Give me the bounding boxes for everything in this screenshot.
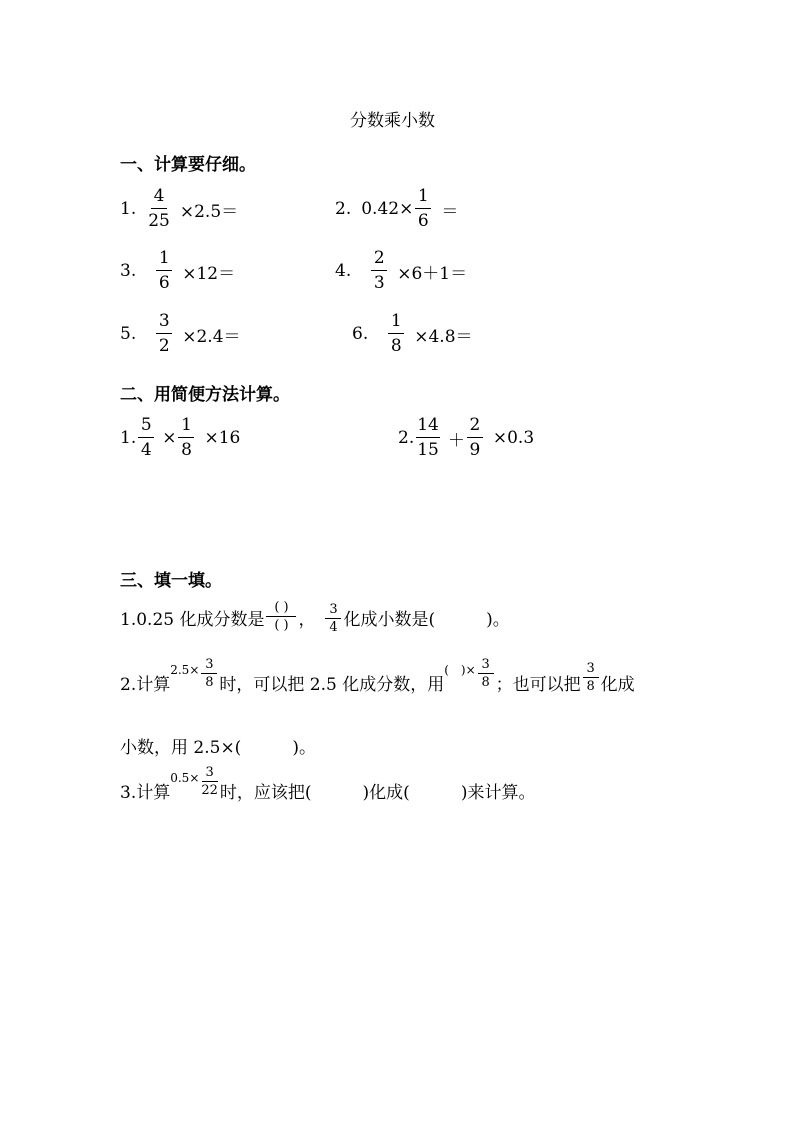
inline-expression: 0.5× 322 (170, 766, 220, 797)
section-3-heading: 三、填一填。 (120, 566, 222, 591)
fill-item-3: 3.计算 0.5× 322 时，应该把( )化成( )来计算。 (120, 776, 535, 807)
blank-fraction: ( )( ) (266, 601, 296, 632)
fraction: 38 (583, 662, 599, 693)
fraction: 16 (156, 250, 172, 292)
inline-expression: ( )× 38 (444, 658, 495, 689)
fraction: 38 (478, 658, 494, 689)
fill-text: 时，应该把( )化成( )来计算。 (220, 778, 536, 807)
fraction: 54 (138, 417, 154, 459)
expression-rest: ×2.5＝ (180, 197, 238, 222)
problem-1-1: 1. 425 ×2.5＝ (120, 188, 238, 230)
expression-rest: ×0.3 (493, 428, 534, 448)
problem-label: 3. (120, 261, 136, 281)
problem-label: 4. (335, 261, 351, 281)
fraction: 32 (156, 313, 172, 355)
fraction: 23 (371, 250, 387, 292)
fraction: 322 (201, 766, 218, 797)
expression-rest: ×16 (204, 428, 240, 448)
fill-text: 化成小数是( )。 (343, 605, 509, 634)
section-1-heading: 一、计算要仔细。 (120, 150, 256, 175)
problem-2-2: 2. 1415 ＋ 29 ×0.3 (398, 417, 534, 459)
problem-label: 2. (335, 199, 351, 219)
operator: ＋ (448, 426, 465, 451)
fill-item-2-line-2: 小数，用 2.5×( )。 (120, 733, 316, 758)
problem-label: 1. (120, 428, 136, 448)
problem-label: 1. (120, 199, 136, 219)
inline-expression: 2.5× 38 (170, 658, 219, 689)
fill-text: 2.计算 (120, 670, 170, 699)
expression-rest: ＝ (441, 197, 458, 222)
fraction: 425 (148, 188, 170, 230)
fill-text: 3.计算 (120, 778, 170, 807)
problem-1-2: 2. 0.42× 16 ＝ (335, 188, 458, 230)
page-title: 分数乘小数 (350, 106, 435, 131)
section-2-heading: 二、用简便方法计算。 (120, 380, 290, 405)
fraction: 18 (388, 313, 404, 355)
fraction: 34 (325, 603, 341, 634)
fill-item-2: 2.计算 2.5× 38 时，可以把 2.5 化成分数，用 ( )× 38 ；也… (120, 668, 635, 699)
fill-text: 化成 (601, 670, 635, 699)
fraction: 16 (415, 188, 431, 230)
fraction: 29 (467, 417, 483, 459)
problem-1-3: 3. 16 ×12＝ (120, 250, 235, 292)
problem-1-5: 5. 32 ×2.4＝ (120, 313, 241, 355)
fill-text: 1.0.25 化成分数是 (120, 605, 264, 634)
expression-rest: ×4.8＝ (414, 322, 472, 347)
expression-rest: ×6＋1＝ (397, 259, 467, 284)
problem-2-1: 1. 54 × 18 ×16 (120, 417, 240, 459)
problem-1-6: 6. 18 ×4.8＝ (352, 313, 473, 355)
fill-item-1: 1.0.25 化成分数是 ( )( ) ， 34 化成小数是( )。 (120, 603, 510, 634)
expression-rest: ×2.4＝ (182, 322, 240, 347)
fill-text: ， (298, 605, 315, 634)
operator: × (162, 428, 176, 448)
fraction: 1415 (416, 417, 440, 459)
fill-text: ；也可以把 (496, 670, 581, 699)
problem-label: 2. (398, 428, 414, 448)
problem-label: 5. (120, 324, 136, 344)
fill-text: 时，可以把 2.5 化成分数，用 (219, 670, 444, 699)
fraction: 18 (178, 417, 194, 459)
fraction: 38 (201, 658, 217, 689)
expression-rest: ×12＝ (182, 259, 235, 284)
problem-1-4: 4. 23 ×6＋1＝ (335, 250, 467, 292)
problem-label: 6. (352, 324, 368, 344)
expression-prefix: 0.42× (361, 199, 413, 219)
